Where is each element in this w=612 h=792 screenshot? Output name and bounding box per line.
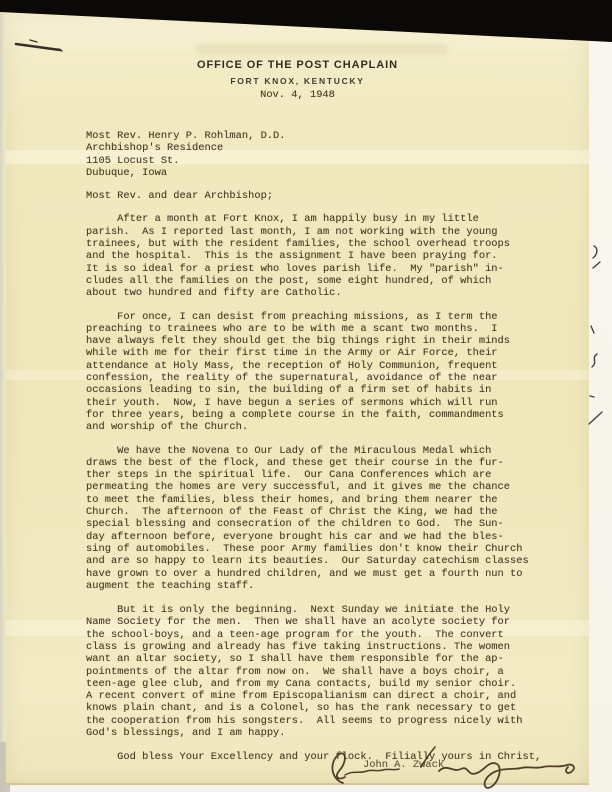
letter-body: Most Rev. Henry P. Rohlman, D.D. Archbis…: [86, 130, 564, 764]
letter-date: Nov. 4, 1948: [6, 89, 589, 101]
signature-block: John A. Zwack: [321, 743, 589, 792]
bleedthrough-smudge: [196, 44, 448, 55]
paragraph-2: For once, I can desist from preaching mi…: [86, 311, 564, 434]
recipient-address: Most Rev. Henry P. Rohlman, D.D. Archbis…: [86, 130, 564, 179]
handwritten-signature: [321, 743, 589, 792]
pen-marks-right-margin: [584, 238, 612, 448]
scanned-letter-page: OFFICE OF THE POST CHAPLAIN FORT KNOX, K…: [0, 0, 612, 792]
paragraph-3: We have the Novena to Our Lady of the Mi…: [86, 445, 564, 593]
letter-sheet: OFFICE OF THE POST CHAPLAIN FORT KNOX, K…: [6, 12, 589, 785]
salutation: Most Rev. and dear Archbishop;: [86, 190, 564, 202]
letterhead-location: FORT KNOX, KENTUCKY: [6, 76, 589, 86]
paragraph-1: After a month at Fort Knox, I am happily…: [86, 213, 564, 299]
pen-mark-top-left: [14, 38, 68, 56]
paragraph-4: But it is only the beginning. Next Sunda…: [86, 604, 564, 739]
letterhead-office: OFFICE OF THE POST CHAPLAIN: [6, 59, 589, 71]
letterhead: OFFICE OF THE POST CHAPLAIN FORT KNOX, K…: [6, 59, 589, 101]
